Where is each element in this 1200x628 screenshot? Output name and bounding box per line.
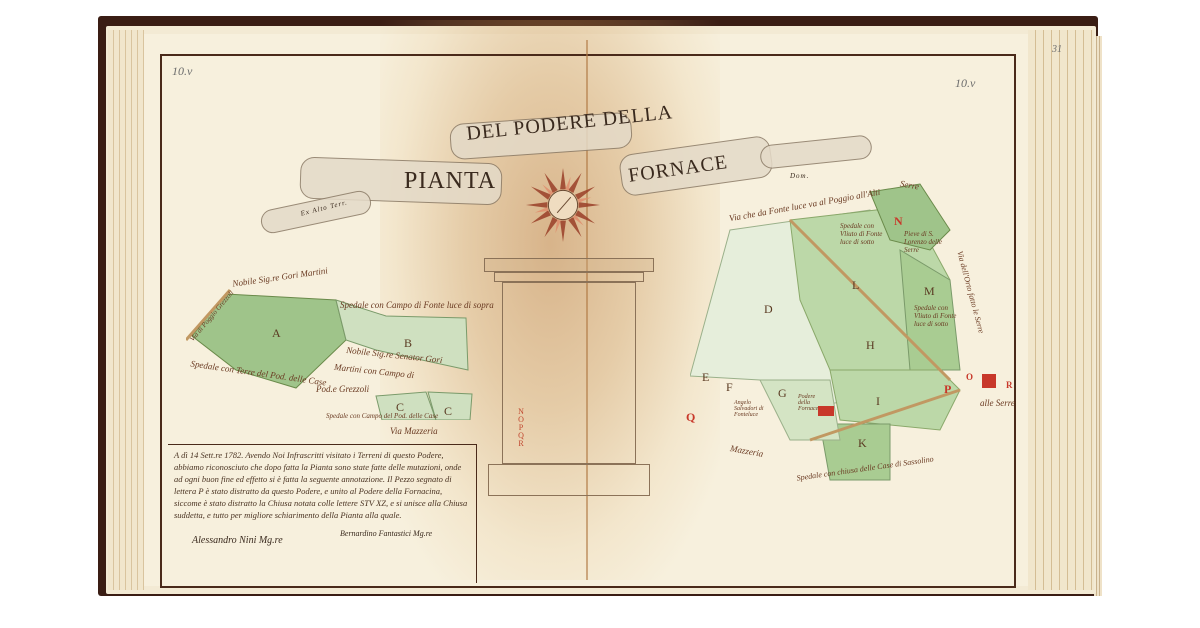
pedestal-cap [494,272,644,282]
plot-letter-b: B [404,336,412,351]
annotation-box: A dì 14 Sett.re 1782. Avendo Noi Infrasc… [168,444,477,583]
page-edges-right [1028,30,1094,590]
side-banner-right: Dom. [790,172,809,180]
plot-letter-g: G [778,386,787,401]
plot-letter-d: D [764,302,773,317]
edge-page-number: 31 [1052,44,1062,55]
label-alle-serre: alle Serre [980,398,1015,408]
plot-letter-o: O [966,372,973,382]
label-angelo: Angelo Salvadori di Fonteluce [734,400,770,418]
plot-letter-q: Q [686,410,695,425]
plot-letter-l: L [852,278,859,293]
plot-letter-i: I [876,394,880,409]
pedestal-legend-letters: N O P Q R [516,408,526,448]
folio-label-left: 10.v [172,64,192,79]
compass-rose-icon [524,166,602,244]
label-pieve: Pieve di S. Lorenzo delle Serre [904,230,958,254]
page-edges-left [108,30,144,590]
label-podere-fornace: Podere della Fornace [798,394,826,412]
plot-letter-p: P [944,382,951,397]
plot-letter-m: M [924,284,935,299]
plot-letter-r: R [1006,380,1013,390]
plot-letter-c2: C [444,404,452,419]
label-spedale-vliuto2: Spedale con Vliuto di Fonte luce di sott… [914,304,960,328]
plot-letter-f: F [726,380,733,395]
folio-label-right: 10.v [955,76,975,91]
annotation-text: A dì 14 Sett.re 1782. Avendo Noi Infrasc… [174,449,470,521]
label-spedale-fonte: Spedale con Campo di Fonte luce di sopra [340,300,494,310]
signature-right: Bernardino Fantastici Mg.re [340,529,432,538]
plot-letter-a: A [272,326,281,341]
plot-letter-n: N [894,214,903,229]
label-spedale-vliuto: Spedale con Vliuto di Fonte luce di sott… [840,222,892,246]
pedestal-legend: N O P Q R [484,258,652,498]
title-banner-pianta: PIANTA [404,168,496,195]
pedestal-base [488,464,650,496]
label-spedale-campo: Spedale con Campo del Pod. delle Case [326,412,438,420]
signature-left: Alessandro Nini Mg.re [192,535,283,546]
plot-letter-e: E [702,370,709,385]
label-pod-grezzoli: Pod.e Grezzoli [316,384,369,394]
plot-letter-h: H [866,338,875,353]
label-via-mazzeria: Via Mazzeria [390,426,438,436]
pedestal-top [484,258,654,272]
plot-i [830,370,960,430]
plot-letter-k: K [858,436,867,451]
